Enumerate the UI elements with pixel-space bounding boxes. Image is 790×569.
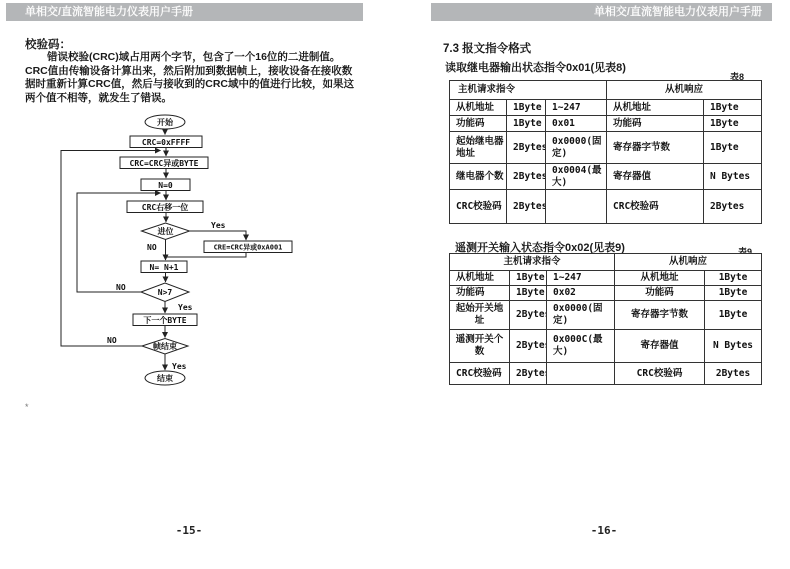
table-row: 起始开关地址 2Bytes 0x0000(固定) 寄存器字节数 1Byte <box>450 301 762 330</box>
yes-label: Yes <box>178 303 193 312</box>
flow-node-next-byte: 下一个BYTE <box>133 314 197 326</box>
flow-node-end: 结束 <box>145 371 185 385</box>
flow-node-label: CRC=CRC异或BYTE <box>130 158 199 168</box>
flow-node-label: N=0 <box>158 181 173 190</box>
table-cell: 1~247 <box>547 271 615 286</box>
yes-label: Yes <box>211 221 226 230</box>
table-cell: 1Byte <box>507 100 546 116</box>
crc-paragraph: 错误校验(CRC)域占用两个字节，包含了一个16位的二进制值。 CRC值由传输设… <box>25 51 355 105</box>
paragraph-line: 错误校验(CRC)域占用两个字节，包含了一个16位的二进制值。 <box>25 51 355 65</box>
table-cell: 1~247 <box>546 100 607 116</box>
table-header-cell: 从机响应 <box>615 254 762 271</box>
flow-node-label: 开始 <box>157 117 174 127</box>
table-cell: 继电器个数 <box>450 164 507 190</box>
table-cell: 0x02 <box>547 286 615 301</box>
flow-node-label: 进位 <box>157 226 174 236</box>
flow-connector-yes <box>190 231 247 240</box>
table-cell: 2Bytes <box>507 132 546 164</box>
table-cell: 1Byte <box>704 100 762 116</box>
table-cell: 1Byte <box>705 301 762 330</box>
table-row: 遥测开关个数 2Bytes 0x000C(最大) 寄存器值 N Bytes <box>450 330 762 363</box>
table-cell: CRC校验码 <box>615 363 705 385</box>
table-row: 继电器个数 2Bytes 0x0004(最大) 寄存器值 N Bytes <box>450 164 762 190</box>
table-cell: 0x0000(固定) <box>547 301 615 330</box>
table-header-cell: 主机请求指令 <box>450 81 607 100</box>
table-cell: 1Byte <box>510 286 547 301</box>
table-cell: 寄存器字节数 <box>607 132 704 164</box>
table-row: 功能码 1Byte 0x02 功能码 1Byte <box>450 286 762 301</box>
paragraph-line: 两个值不相等，就发生了错误。 <box>25 92 355 106</box>
table-header-cell: 从机响应 <box>607 81 762 100</box>
table-cell: 1Byte <box>705 286 762 301</box>
page-number-right: -16- <box>574 524 634 537</box>
flow-node-init: CRC=0xFFFF <box>130 136 202 148</box>
section-title: 7.3 报文指令格式 <box>443 40 531 56</box>
table-cell: 寄存器值 <box>607 164 704 190</box>
table-cell: 1Byte <box>704 116 762 132</box>
table-cell: N Bytes <box>704 164 762 190</box>
table-cell: 功能码 <box>450 116 507 132</box>
table-cell: CRC校验码 <box>450 363 510 385</box>
table8-caption: 读取继电器输出状态指令0x01(见表8) <box>445 59 626 75</box>
table-cell: 功能码 <box>615 286 705 301</box>
flow-node-shift-right: CRC右移一位 <box>127 201 203 213</box>
table-cell: 从机地址 <box>450 271 510 286</box>
table-row: CRC校验码 2Bytes CRC校验码 2Bytes <box>450 190 762 224</box>
flow-node-carry-check: 进位 <box>142 223 190 240</box>
table-cell: 0x0000(固定) <box>546 132 607 164</box>
flow-node-label: CRC右移一位 <box>142 202 188 212</box>
table-cell: N Bytes <box>705 330 762 363</box>
table-cell: 1Byte <box>704 132 762 164</box>
table-cell <box>547 363 615 385</box>
table-cell: 0x000C(最大) <box>547 330 615 363</box>
table-cell: 2Bytes <box>704 190 762 224</box>
left-page-header-bar: 单相交/直流智能电力仪表用户手册 <box>6 3 363 21</box>
table-cell: 2Bytes <box>705 363 762 385</box>
table-cell: 从机地址 <box>607 100 704 116</box>
table-row: 功能码 1Byte 0x01 功能码 1Byte <box>450 116 762 132</box>
no-label: NO <box>107 336 117 345</box>
paragraph-line: CRC值由传输设备计算出来，然后附加到数据帧上，接收设备在接收数 <box>25 65 355 79</box>
table-cell: 1Byte <box>510 271 547 286</box>
flow-node-increment: N= N+1 <box>141 261 187 273</box>
table-cell: 1Byte <box>705 271 762 286</box>
no-label: NO <box>147 243 157 252</box>
table-row: 主机请求指令 从机响应 <box>450 254 762 271</box>
table8: 主机请求指令 从机响应 从机地址 1Byte 1~247 从机地址 1Byte … <box>449 80 762 224</box>
flow-node-xor-byte: CRC=CRC异或BYTE <box>120 157 208 169</box>
table-row: CRC校验码 2Bytes CRC校验码 2Bytes <box>450 363 762 385</box>
table-cell: 从机地址 <box>450 100 507 116</box>
flow-node-n-check: N>7 <box>141 283 189 302</box>
table-cell: 寄存器值 <box>615 330 705 363</box>
table-cell: 起始继电器地址 <box>450 132 507 164</box>
table-cell: CRC校验码 <box>450 190 507 224</box>
flow-node-label: N= N+1 <box>150 263 179 272</box>
table-cell: 寄存器字节数 <box>615 301 705 330</box>
flow-node-carry-action: CRE=CRC异或0xA001 <box>204 241 292 253</box>
table9: 主机请求指令 从机响应 从机地址 1Byte 1~247 从机地址 1Byte … <box>449 253 762 385</box>
manual-spread: 单相交/直流智能电力仪表用户手册 单相交/直流智能电力仪表用户手册 校验码： 错… <box>0 0 790 569</box>
table-row: 起始继电器地址 2Bytes 0x0000(固定) 寄存器字节数 1Byte <box>450 132 762 164</box>
table-cell: 1Byte <box>507 116 546 132</box>
table-cell: 2Bytes <box>507 190 546 224</box>
flow-node-label: N>7 <box>158 288 173 297</box>
no-label: NO <box>116 283 126 292</box>
flow-node-n-zero: N=0 <box>141 179 190 191</box>
yes-label: Yes <box>172 362 187 371</box>
flow-node-label: 下一个BYTE <box>143 315 186 325</box>
table-cell: 功能码 <box>450 286 510 301</box>
crc-flowchart: 开始 CRC=0xFFFF CRC=CRC异或BYTE N=0 CRC右移一位 … <box>50 112 300 394</box>
table-cell: CRC校验码 <box>607 190 704 224</box>
paragraph-line: 据时重新计算CRC值，然后与接收到的CRC域中的值进行比较，如果这 <box>25 78 355 92</box>
table-cell: 0x01 <box>546 116 607 132</box>
table-cell: 2Bytes <box>507 164 546 190</box>
table-cell: 遥测开关个数 <box>450 330 510 363</box>
table-row: 从机地址 1Byte 1~247 从机地址 1Byte <box>450 271 762 286</box>
table-row: 主机请求指令 从机响应 <box>450 81 762 100</box>
table-cell: 0x0004(最大) <box>546 164 607 190</box>
table-cell: 功能码 <box>607 116 704 132</box>
table-cell: 从机地址 <box>615 271 705 286</box>
page-number-left: -15- <box>159 524 219 537</box>
table-cell <box>546 190 607 224</box>
table-cell: 起始开关地址 <box>450 301 510 330</box>
table-row: 从机地址 1Byte 1~247 从机地址 1Byte <box>450 100 762 116</box>
flow-node-label: CRE=CRC异或0xA001 <box>214 243 283 252</box>
table-cell: 2Bytes <box>510 363 547 385</box>
footnote-mark: * <box>25 402 29 412</box>
crc-heading: 校验码： <box>25 36 71 52</box>
table-cell: 2Bytes <box>510 301 547 330</box>
table-cell: 2Bytes <box>510 330 547 363</box>
right-page-header-bar: 单相交/直流智能电力仪表用户手册 <box>431 3 772 21</box>
table-header-cell: 主机请求指令 <box>450 254 615 271</box>
flow-connector-return <box>167 253 247 258</box>
flow-node-label: 帧结束 <box>153 341 177 351</box>
flow-node-frame-end-check: 帧结束 <box>142 339 188 355</box>
flow-node-start: 开始 <box>145 115 185 129</box>
flow-node-label: 结束 <box>157 373 173 383</box>
flow-node-label: CRC=0xFFFF <box>142 138 190 147</box>
